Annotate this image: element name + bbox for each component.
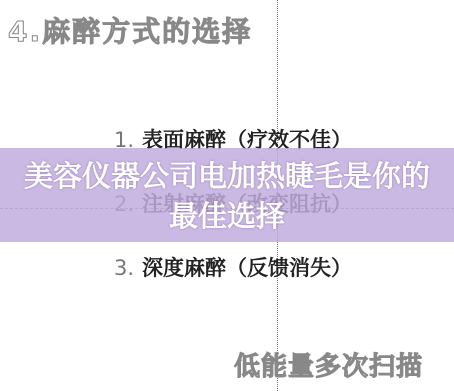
overlay-headline: 美容仪器公司电加热睫毛是你的 最佳选择 [0, 156, 454, 236]
headline-line-2: 最佳选择 [0, 196, 454, 236]
headline-line-1: 美容仪器公司电加热睫毛是你的 [0, 156, 454, 196]
list-item: 3.深度麻醉（反馈消失） [114, 252, 352, 282]
slide-title: 4.麻醉方式的选择 [8, 10, 252, 50]
item-number: 3. [114, 256, 134, 280]
footer-caption: 低能量多次扫描 [234, 346, 423, 383]
item-text: 深度麻醉（反馈消失） [142, 256, 352, 280]
